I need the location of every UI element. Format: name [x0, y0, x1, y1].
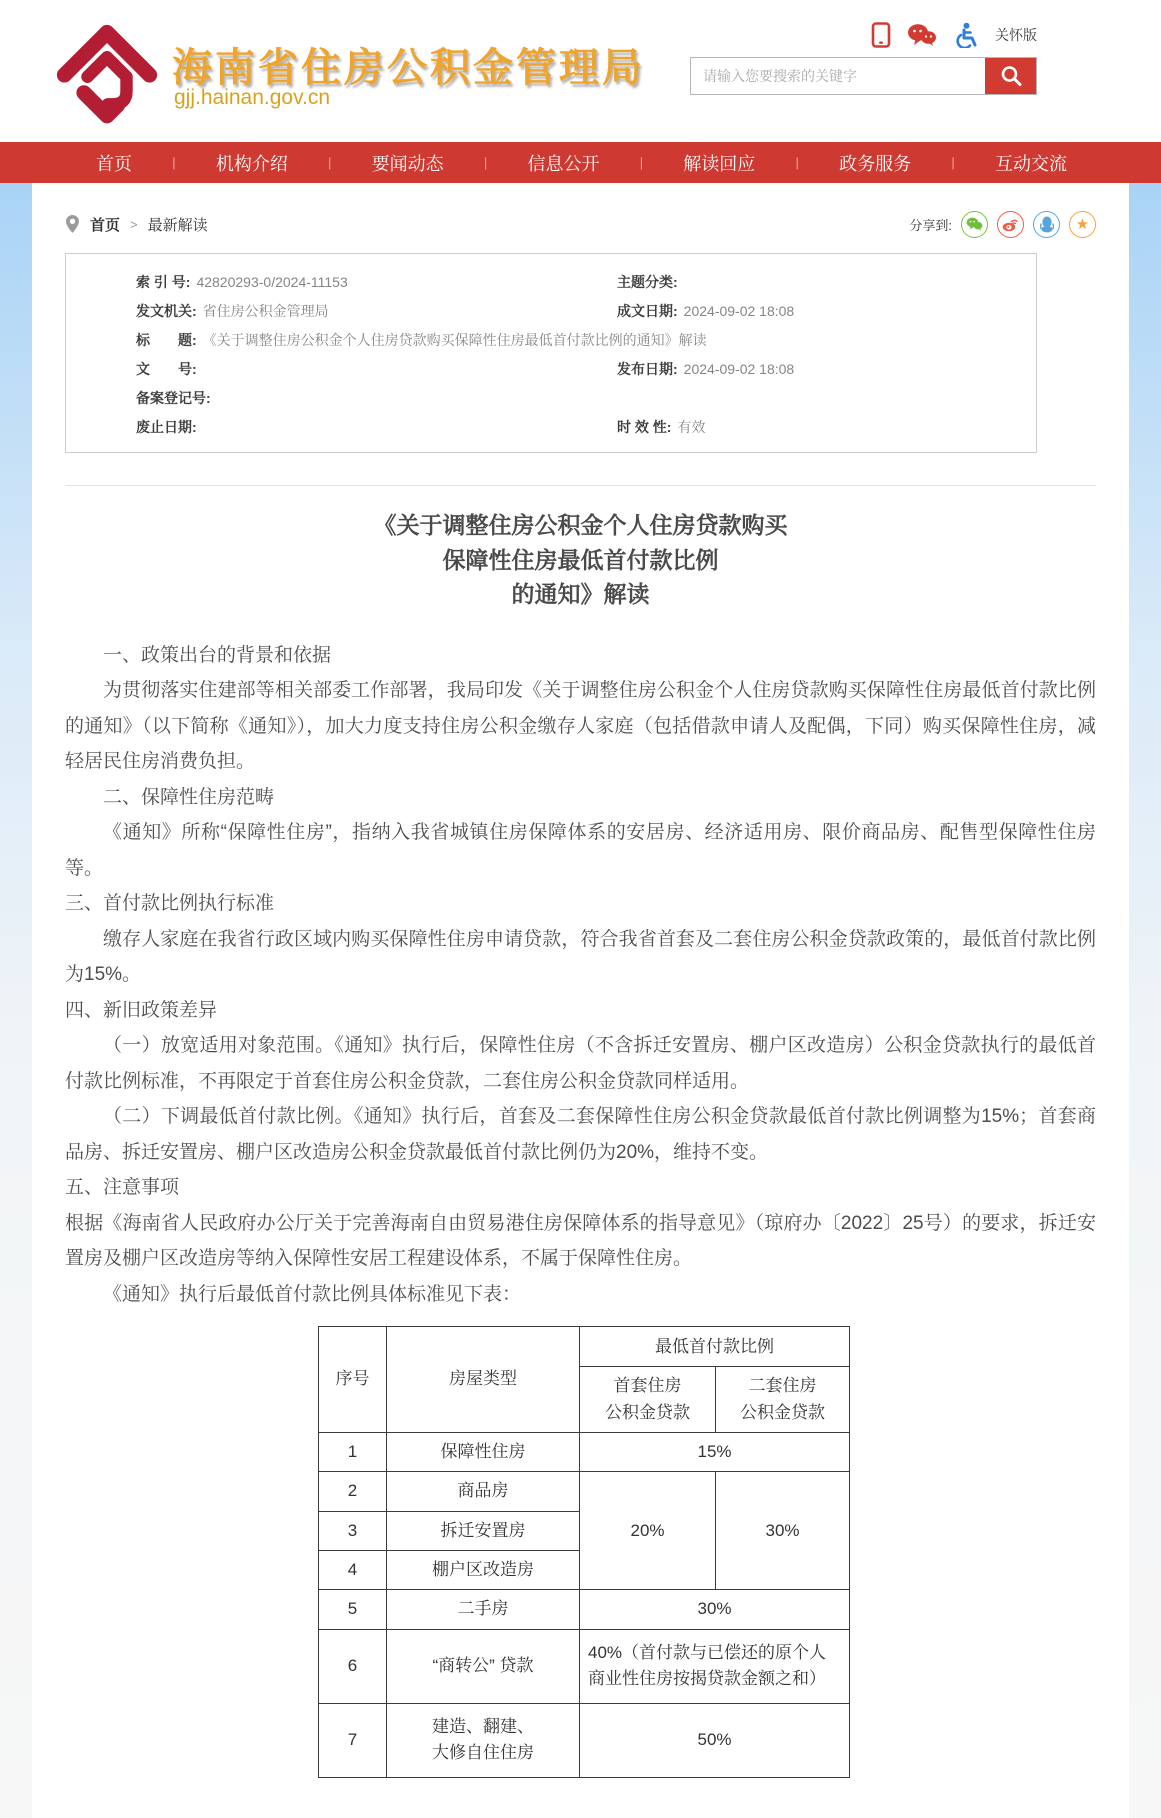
article-paragraph: 为贯彻落实住建部等相关部委工作部署，我局印发《关于调整住房公积金个人住房贷款购买…: [65, 673, 1096, 780]
cell-seq: 5: [319, 1590, 387, 1629]
search-icon: [999, 64, 1023, 88]
down-payment-ratio-table: 序号 房屋类型 最低首付款比例 首套住房 公积金贷款 二套住房 公积金贷款 1 …: [318, 1326, 850, 1777]
mobile-version-icon[interactable]: [871, 22, 891, 48]
nav-item-home[interactable]: 首页: [62, 150, 166, 176]
cell-type: 二手房: [387, 1590, 580, 1629]
nav-separator: |: [796, 155, 799, 170]
cell-second-value: 30%: [716, 1472, 850, 1590]
content-card: 首页 > 最新解读 分享到:: [32, 183, 1129, 1818]
cell-type: “商转公” 贷款: [387, 1629, 580, 1703]
gjj-logo-icon: [52, 20, 162, 130]
meta-validity-label: 时 效 性:: [617, 413, 671, 442]
site-url: gjj.hainan.gov.cn: [174, 86, 330, 110]
meta-date-pub-value: 2024-09-02 18:08: [684, 355, 795, 384]
article-title-line1: 《关于调整住房公积金个人住房贷款购买: [65, 508, 1096, 543]
meta-date-pub-label: 发布日期:: [617, 355, 678, 384]
cell-type: 建造、翻建、 大修自住住房: [387, 1703, 580, 1777]
cell-type: 商品房: [387, 1472, 580, 1511]
cell-seq: 1: [319, 1432, 387, 1471]
table-header-seq: 序号: [319, 1327, 387, 1433]
care-version-link[interactable]: 关怀版: [995, 25, 1037, 45]
nav-separator: |: [328, 155, 331, 170]
breadcrumb-home[interactable]: 首页: [90, 214, 120, 235]
breadcrumb-arrow: >: [130, 217, 138, 232]
meta-repeal-label: 废止日期:: [136, 413, 197, 442]
share-bar: 分享到:: [909, 211, 1096, 238]
cell-value: 40%（首付款与已偿还的原个人商业性住房按揭贷款金额之和）: [580, 1629, 850, 1703]
nav-item-interaction[interactable]: 互动交流: [961, 150, 1101, 176]
article-paragraph: 《通知》执行后最低首付款比例具体标准见下表：: [65, 1277, 1096, 1313]
wechat-share-icon[interactable]: [961, 211, 988, 238]
qzone-share-icon[interactable]: ★: [1069, 211, 1096, 238]
article-paragraph: 根据《海南省人民政府办公厅关于完善海南自由贸易港住房保障体系的指导意见》（琼府办…: [65, 1206, 1096, 1277]
table-row: 5 二手房 30%: [319, 1590, 850, 1629]
article-paragraph: （二）下调最低首付款比例。《通知》执行后，首套及二套保障性住房公积金贷款最低首付…: [65, 1099, 1096, 1170]
table-row: 7 建造、翻建、 大修自住住房 50%: [319, 1703, 850, 1777]
nav-separator: |: [172, 155, 175, 170]
cell-seq: 6: [319, 1629, 387, 1703]
main-nav: 首页 | 机构介绍 | 要闻动态 | 信息公开 | 解读回应 | 政务服务 | …: [0, 142, 1161, 183]
cell-value: 30%: [580, 1590, 850, 1629]
meta-topic-label: 主题分类:: [617, 268, 678, 297]
cell-value: 15%: [580, 1432, 850, 1471]
search-box: [690, 57, 1037, 95]
article-paragraph: 四、新旧政策差异: [65, 993, 1096, 1029]
cell-seq: 7: [319, 1703, 387, 1777]
meta-index-value: 42820293-0/2024-11153: [196, 268, 347, 297]
table-header-second-loan: 二套住房 公积金贷款: [716, 1367, 850, 1433]
share-label: 分享到:: [909, 215, 952, 234]
cell-type: 棚户区改造房: [387, 1551, 580, 1590]
table-row: 2 商品房 20% 30%: [319, 1472, 850, 1511]
cell-seq: 4: [319, 1551, 387, 1590]
meta-title-label: 标 题:: [136, 326, 197, 355]
cell-first-value: 20%: [580, 1472, 716, 1590]
breadcrumb: 首页 > 最新解读 分享到:: [65, 211, 1096, 237]
nav-item-news[interactable]: 要闻动态: [338, 150, 478, 176]
section-divider: [65, 485, 1096, 486]
table-header-type: 房屋类型: [387, 1327, 580, 1433]
accessibility-icon[interactable]: [953, 22, 979, 48]
cell-seq: 2: [319, 1472, 387, 1511]
nav-item-services[interactable]: 政务服务: [805, 150, 945, 176]
article-paragraph: 缴存人家庭在我省行政区域内购买保障性住房申请贷款，符合我省首套及二套住房公积金贷…: [65, 922, 1096, 993]
site-title: 海南省住房公积金管理局: [172, 36, 645, 93]
meta-record-label: 备案登记号:: [136, 384, 211, 413]
article-paragraph: 一、政策出台的背景和依据: [65, 638, 1096, 674]
article-paragraph: 五、注意事项: [65, 1170, 1096, 1206]
cell-type: 拆迁安置房: [387, 1511, 580, 1550]
article-paragraph: （一）放宽适用对象范围。《通知》执行后，保障性住房（不含拆迁安置房、棚户区改造房…: [65, 1028, 1096, 1099]
cell-seq: 3: [319, 1511, 387, 1550]
meta-issuer-label: 发文机关:: [136, 297, 197, 326]
article-body: 一、政策出台的背景和依据 为贯彻落实住建部等相关部委工作部署，我局印发《关于调整…: [65, 638, 1096, 1313]
article-title: 《关于调整住房公积金个人住房贷款购买 保障性住房最低首付款比例 的通知》解读: [65, 508, 1096, 612]
nav-separator: |: [640, 155, 643, 170]
meta-validity-value: 有效: [677, 413, 705, 442]
article-paragraph: 三、首付款比例执行标准: [65, 886, 1096, 922]
meta-date-written-label: 成文日期:: [617, 297, 678, 326]
article-title-line3: 的通知》解读: [65, 577, 1096, 612]
nav-item-about[interactable]: 机构介绍: [182, 150, 322, 176]
nav-separator: |: [951, 155, 954, 170]
location-pin-icon: [65, 214, 80, 234]
cell-value: 50%: [580, 1703, 850, 1777]
table-row: 1 保障性住房 15%: [319, 1432, 850, 1471]
search-input[interactable]: [691, 58, 985, 94]
nav-item-interpretation[interactable]: 解读回应: [649, 150, 789, 176]
article-paragraph: 二、保障性住房范畴: [65, 780, 1096, 816]
article-title-line2: 保障性住房最低首付款比例: [65, 543, 1096, 578]
nav-separator: |: [484, 155, 487, 170]
document-meta-box: 索 引 号: 42820293-0/2024-11153 主题分类: 发文机关:…: [65, 253, 1037, 453]
wechat-official-icon[interactable]: [907, 23, 937, 47]
meta-doc-no-label: 文 号:: [136, 355, 197, 384]
breadcrumb-current[interactable]: 最新解读: [148, 214, 208, 235]
qq-share-icon[interactable]: [1033, 211, 1060, 238]
meta-title-value: 《关于调整住房公积金个人住房贷款购买保障性住房最低首付款比例的通知》解读: [203, 326, 707, 355]
cell-type: 保障性住房: [387, 1432, 580, 1471]
meta-date-written-value: 2024-09-02 18:08: [684, 297, 795, 326]
site-header: 海南省住房公积金管理局 gjj.hainan.gov.cn 关怀版: [0, 0, 1161, 142]
weibo-share-icon[interactable]: [997, 211, 1024, 238]
article-paragraph: 《通知》所称“保障性住房”，指纳入我省城镇住房保障体系的安居房、经济适用房、限价…: [65, 815, 1096, 886]
meta-issuer-value: 省住房公积金管理局: [203, 297, 329, 326]
table-row: 6 “商转公” 贷款 40%（首付款与已偿还的原个人商业性住房按揭贷款金额之和）: [319, 1629, 850, 1703]
table-header-group: 最低首付款比例: [580, 1327, 850, 1367]
search-button[interactable]: [985, 58, 1036, 94]
nav-item-disclosure[interactable]: 信息公开: [493, 150, 633, 176]
meta-index-label: 索 引 号:: [136, 268, 190, 297]
table-header-first-loan: 首套住房 公积金贷款: [580, 1367, 716, 1433]
